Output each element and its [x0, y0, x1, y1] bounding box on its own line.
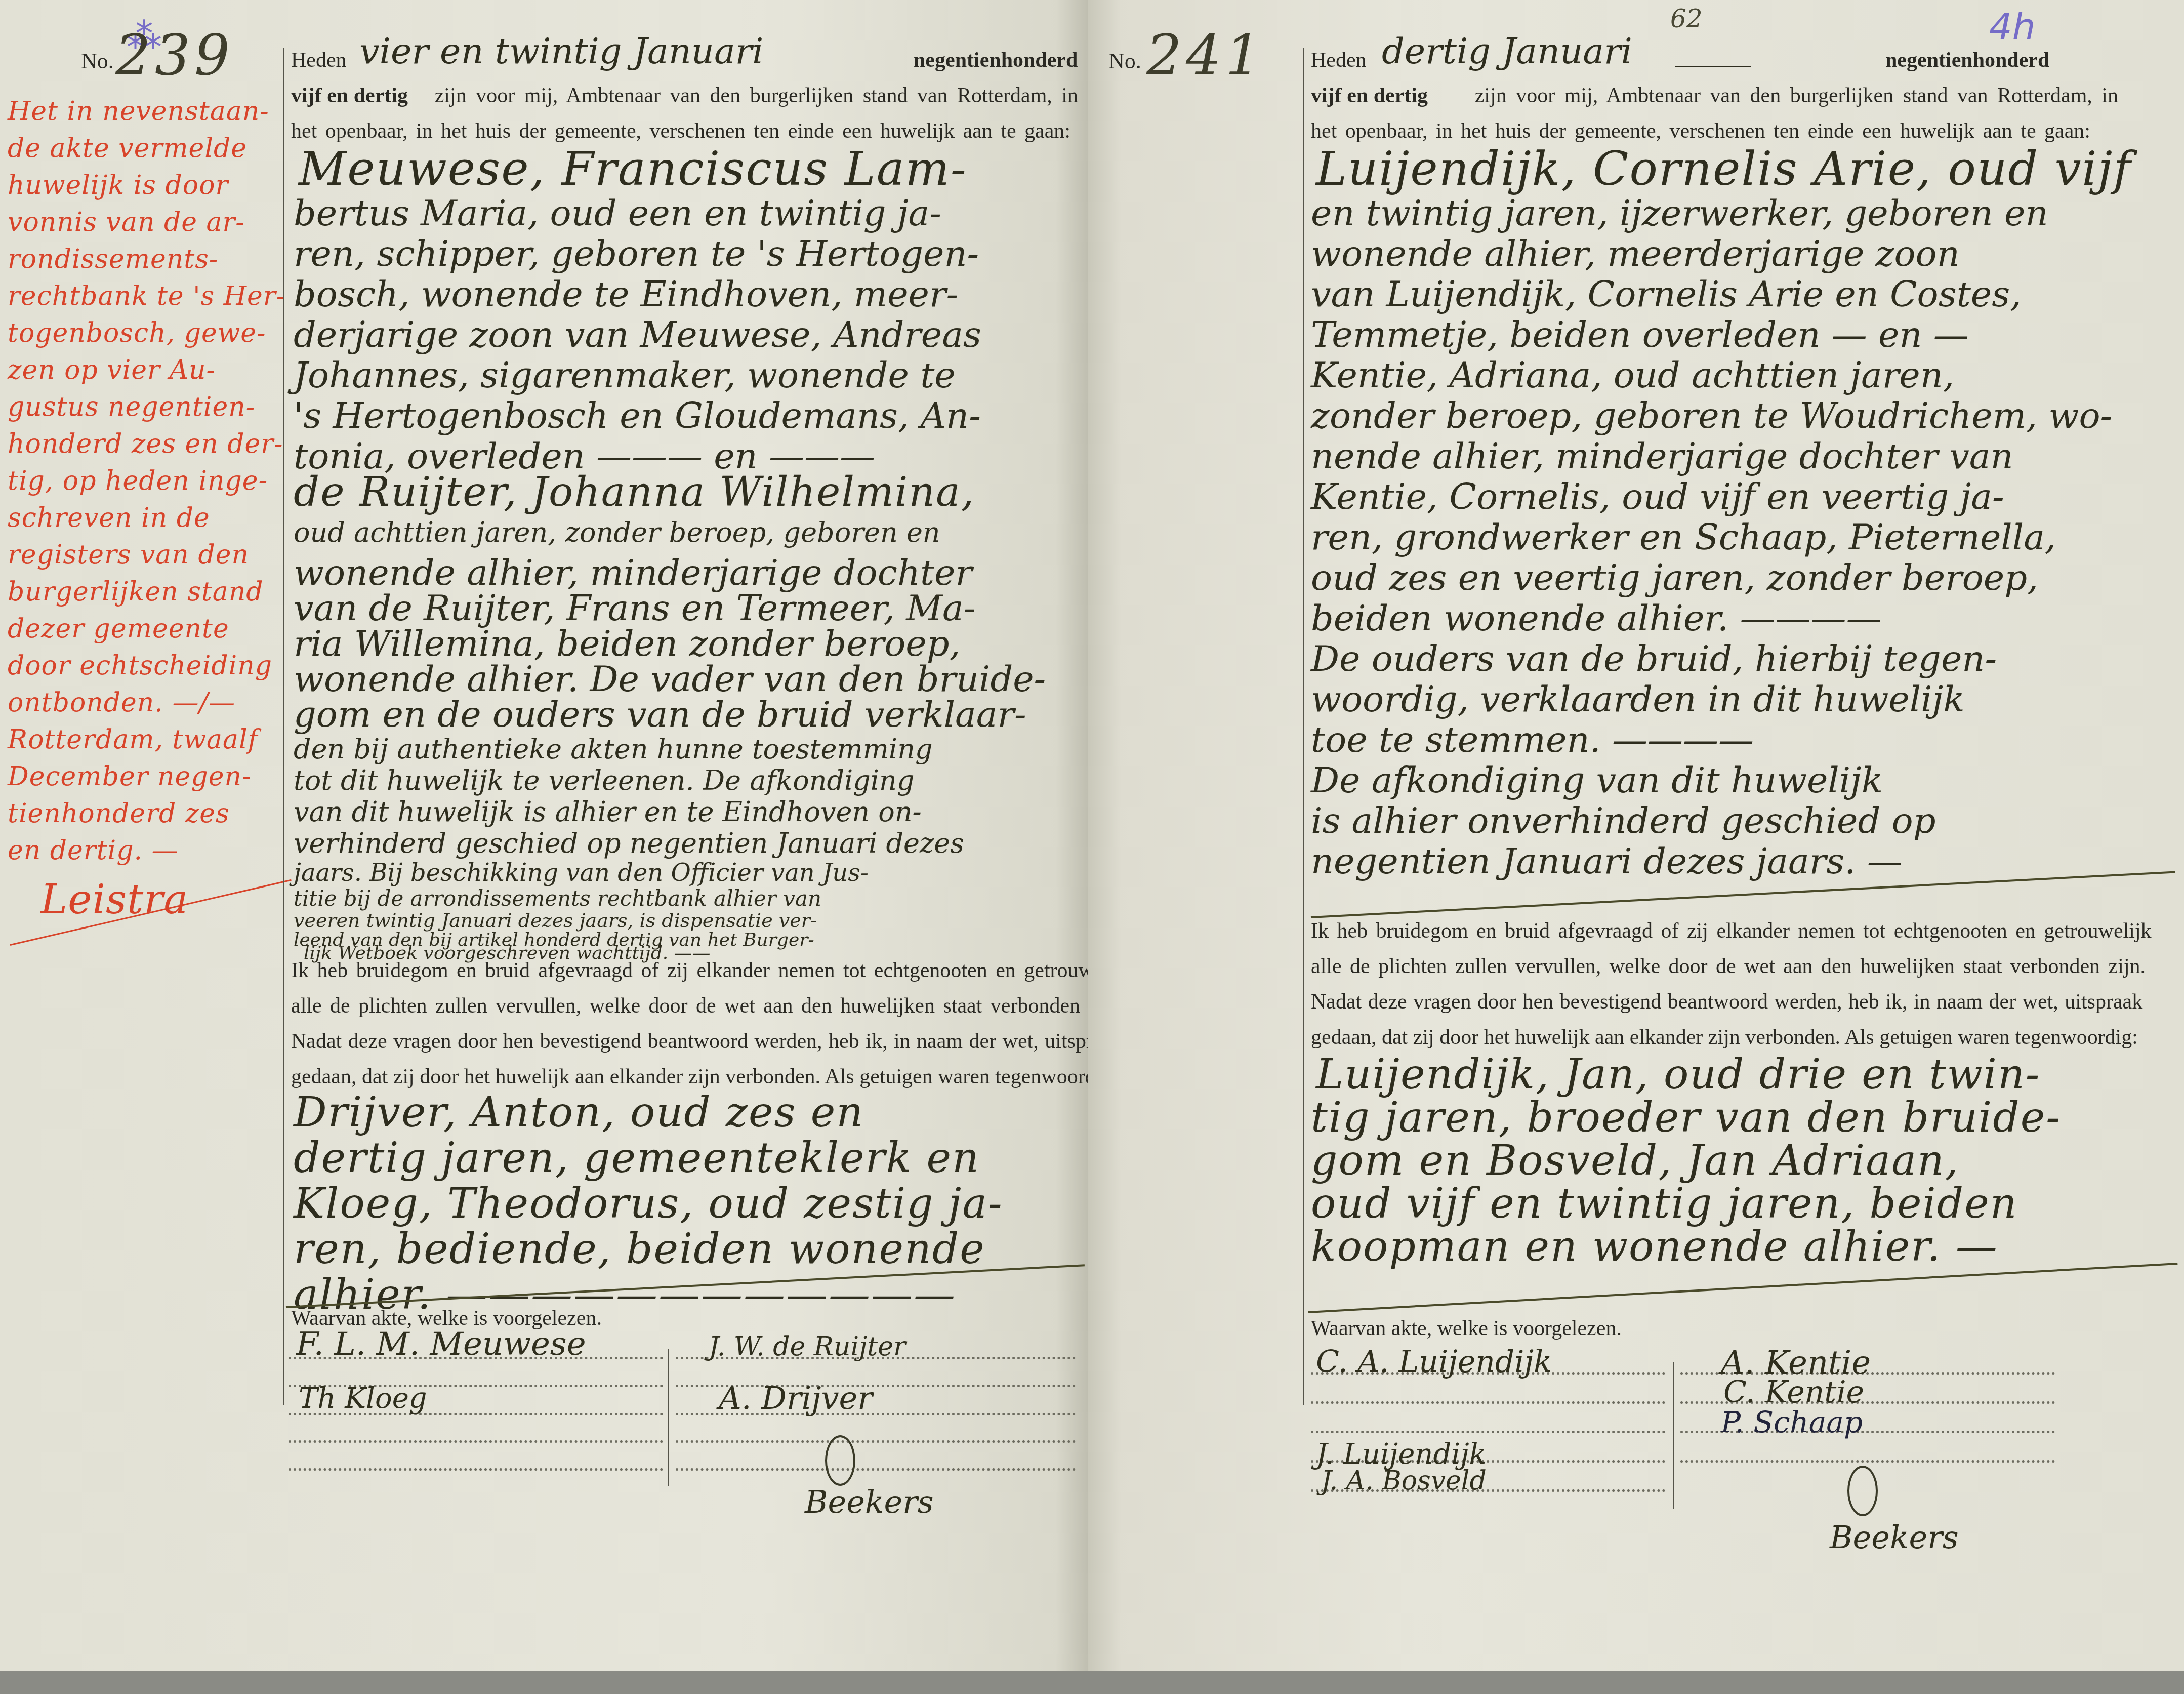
preamble-heden: Heden [291, 48, 347, 72]
body-line: Johannes, sigarenmaker, wonende te [294, 354, 956, 396]
signature-line [289, 1468, 663, 1471]
witness-signature: Th Kloeg [299, 1382, 427, 1415]
scan-background-strip [0, 1671, 2184, 1694]
right-page: 62 4h No. 241 Heden dertig Januari negen… [1088, 0, 2184, 1671]
formula-line: gedaan, dat zij door het huwelijk aan el… [1311, 1025, 2138, 1050]
body-line: gom en de ouders van de bruid verklaar- [294, 694, 1026, 735]
body-line: Kentie, Adriana, oud achttien jaren, [1311, 354, 1954, 396]
parent-signature: P. Schaap [1721, 1405, 1863, 1439]
body-line: oud achttien jaren, zonder beroep, gebor… [294, 516, 940, 548]
closing-text: Waarvan akte, welke is voorgelezen. [1311, 1316, 1622, 1341]
signature-divider [668, 1349, 669, 1486]
margin-note-line: tienhonderd zes [8, 798, 230, 829]
formula-line: Nadat deze vragen door hen bevestigend b… [291, 1029, 1123, 1054]
formula-line: Ik heb bruidegom en bruid afgevraagd of … [291, 958, 1132, 983]
body-line: bosch, wonende te Eindhoven, meer- [294, 273, 958, 315]
body-line: zonder beroep, geboren te Woudrichem, wo… [1311, 395, 2112, 436]
bride-signature: J. W. de Ruijter [709, 1332, 906, 1362]
preamble-line-3: het openbaar, in het huis der gemeente, … [1311, 119, 2090, 143]
folio-number: 62 [1670, 4, 1703, 33]
margin-note-line: burgerlijken stand [8, 577, 264, 607]
witness-line: ren, bediende, beiden wonende [294, 1225, 985, 1273]
formula-line: alle de plichten zullen vervullen, welke… [1311, 954, 2146, 979]
signature-line [1311, 1401, 1665, 1404]
margin-note-line: de akte vermelde [8, 133, 247, 164]
witness-line: Luijendijk, Jan, oud drie en twin- [1316, 1051, 2040, 1099]
preamble-line-2-text: zijn voor mij, Ambtenaar van den burgerl… [435, 84, 1078, 108]
margin-note-line: gustus negentien- [8, 392, 255, 422]
body-line: tot dit huwelijk te verleenen. De afkond… [294, 764, 914, 796]
formula-line: alle de plichten zullen vervullen, welke… [291, 994, 1126, 1018]
body-line: verhinderd geschied op negentien Januari… [294, 827, 964, 859]
body-line: derjarige zoon van Meuwese, Andreas [294, 314, 981, 355]
margin-note-line: Het in nevenstaan- [8, 96, 269, 127]
witness-line: oud vijf en twintig jaren, beiden [1311, 1180, 2018, 1228]
blank-fill-line [1675, 66, 1751, 67]
margin-rule [1303, 48, 1304, 1405]
margin-note-line: dezer gemeente [8, 614, 229, 644]
preamble-century: negentienhonderd [914, 48, 1078, 72]
body-line: Meuwese, Franciscus Lam- [299, 142, 967, 196]
margin-rule [283, 48, 284, 1405]
formula-line: Nadat deze vragen door hen bevestigend b… [1311, 990, 2142, 1014]
margin-note-line: togenbosch, gewe- [8, 318, 266, 348]
body-line: is alhier onverhinderd geschied op [1311, 800, 1936, 841]
margin-note-line: vonnis van de ar- [8, 207, 245, 237]
preamble-line-2: vijf en dertig zijn voor mij, Ambtenaar … [1311, 84, 2118, 108]
margin-note-line: zen op vier Au- [8, 355, 216, 385]
body-line: titie bij de arrondissements rechtbank a… [294, 886, 821, 911]
body-line: ren, grondwerker en Schaap, Pieternella, [1311, 516, 2056, 558]
margin-note-line: honderd zes en der- [8, 429, 283, 459]
record-number: 241 [1146, 23, 1265, 88]
signature-line [676, 1440, 1076, 1443]
register-spread: ⁂ No. 239 Het in nevenstaan- de akte ver… [0, 0, 2184, 1671]
margin-note-line: December negen- [8, 761, 252, 792]
body-line: Kentie, Cornelis, oud vijf en veertig ja… [1311, 476, 2004, 517]
body-line: den bij authentieke akten hunne toestemm… [294, 733, 933, 765]
body-line: van dit huwelijk is alhier en te Eindhov… [294, 796, 922, 828]
witness-line: dertig jaren, gemeenteklerk en [294, 1134, 980, 1182]
body-line: Temmetje, beiden overleden — en — [1311, 314, 1969, 355]
body-line: wonende alhier, meerderjarige zoon [1311, 233, 1960, 274]
signature-line [676, 1468, 1076, 1471]
body-line: bertus Maria, oud een en twintig ja- [294, 192, 941, 234]
margin-note-line: huwelijk is door [8, 170, 228, 200]
signature-line [289, 1440, 663, 1443]
body-line: ren, schipper, geboren te 's Hertogen- [294, 233, 979, 274]
body-line: jaars. Bij beschikking van den Officier … [294, 859, 869, 887]
preamble-line-3: het openbaar, in het huis der gemeente, … [291, 119, 1070, 143]
margin-note-line: tig, op heden inge- [8, 466, 268, 496]
preamble-date: dertig Januari [1382, 30, 1632, 72]
record-label: No. [81, 48, 114, 74]
body-line: toe te stemmen. ———— [1311, 719, 1754, 760]
groom-signature: F. L. M. Meuwese [296, 1325, 586, 1363]
body-line: nende alhier, minderjarige dochter van [1311, 435, 2013, 477]
margin-note-line: en dertig. — [8, 835, 179, 866]
margin-note-line: ontbonden. —/— [8, 688, 235, 718]
registrar-signature: Beekers [805, 1483, 934, 1520]
witness-line: gom en Bosveld, Jan Adriaan, [1311, 1137, 1959, 1185]
body-line: beiden wonende alhier. ———— [1311, 597, 1882, 639]
margin-note-line: Rotterdam, twaalf [8, 724, 258, 755]
signature-line [1680, 1460, 2055, 1463]
margin-note-signature: Leistra [40, 876, 188, 923]
body-line: veeren twintig Januari dezes jaars, is d… [294, 909, 817, 932]
margin-note-line: registers van den [8, 540, 249, 570]
body-line: negentien Januari dezes jaars. — [1311, 840, 1903, 882]
body-line: en twintig jaren, ijzerwerker, geboren e… [1311, 192, 2048, 234]
body-line: 's Hertogenbosch en Gloudemans, An- [294, 395, 981, 436]
preamble-line-2: vijf en dertig zijn voor mij, Ambtenaar … [291, 84, 1078, 108]
preamble-year: vijf en dertig [1311, 84, 1428, 108]
witness-line: Kloeg, Theodorus, oud zestig ja- [294, 1180, 1003, 1228]
signature-divider [1673, 1362, 1674, 1509]
preamble-century: negentienhonderd [1885, 48, 2049, 72]
record-number: 239 [115, 23, 234, 88]
margin-note-line: door echtscheiding [8, 651, 272, 681]
formula-line: Ik heb bruidegom en bruid afgevraagd of … [1311, 919, 2152, 943]
preamble-year: vijf en dertig [291, 84, 408, 108]
witness-line: tig jaren, broeder van den bruide- [1311, 1094, 2061, 1142]
registrar-flourish-icon [825, 1435, 855, 1486]
body-line: woordig, verklaarden in dit huwelijk [1311, 678, 1965, 720]
body-line: de Ruijter, Johanna Wilhelmina, [294, 468, 975, 515]
signature-line [1311, 1431, 1665, 1433]
body-line: van Luijendijk, Cornelis Arie en Costes, [1311, 273, 2021, 315]
formula-line: gedaan, dat zij door het huwelijk aan el… [291, 1065, 1118, 1089]
witness-line: koopman en wonende alhier. — [1311, 1223, 1998, 1271]
left-page: ⁂ No. 239 Het in nevenstaan- de akte ver… [0, 0, 1088, 1671]
witness-line: Drijver, Anton, oud zes en [294, 1088, 864, 1137]
witness-signature: A. Drijver [719, 1380, 873, 1417]
body-line: De afkondiging van dit huwelijk [1311, 759, 1883, 801]
registrar-signature: Beekers [1830, 1519, 1959, 1556]
body-line: De ouders van de bruid, hierbij tegen- [1311, 638, 1997, 679]
groom-signature: C. A. Luijendijk [1316, 1344, 1552, 1380]
body-line: oud zes en veertig jaren, zonder beroep, [1311, 557, 2038, 598]
preamble-date: vier en twintig Januari [359, 30, 763, 72]
margin-note-line: schreven in de [8, 503, 210, 533]
body-line: Luijendijk, Cornelis Arie, oud vijf [1316, 142, 2131, 196]
registrar-flourish-icon [1847, 1466, 1878, 1516]
preamble-line-2-text: zijn voor mij, Ambtenaar van den burgerl… [1475, 84, 2118, 108]
preamble-heden: Heden [1311, 48, 1367, 72]
margin-note-line: rechtbank te 's Her- [8, 281, 285, 311]
record-label: No. [1108, 48, 1141, 74]
witness-signature: J. A. Bosveld [1321, 1466, 1487, 1496]
margin-note-line: rondissements- [8, 244, 218, 274]
stamp-mark: 4h [1989, 5, 2035, 48]
